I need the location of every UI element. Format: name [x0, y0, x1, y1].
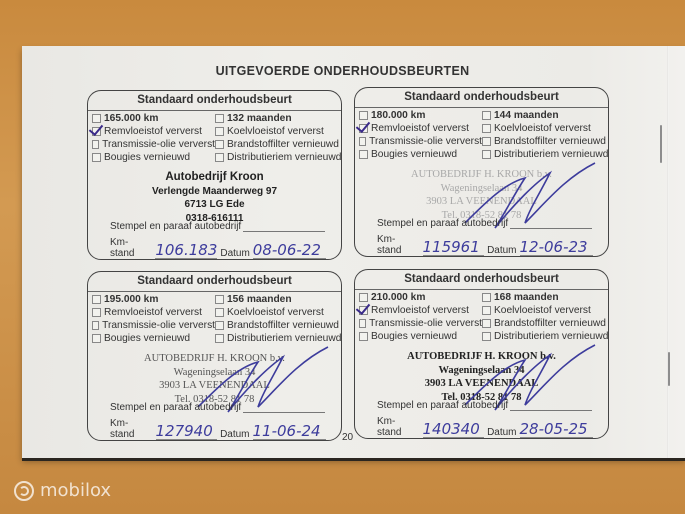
date-field[interactable]: 11-06-24: [253, 424, 326, 440]
checkbox-months[interactable]: [482, 293, 491, 302]
km-date-line: Km-stand 140340 Datum 28-05-25: [377, 416, 596, 438]
transmission-oil-item: Transmissie-olie ververst: [359, 317, 482, 330]
mobilox-logo-icon: [14, 481, 34, 501]
checkbox-coolant[interactable]: [482, 306, 491, 315]
brake-fluid-item: Remvloeistof ververst: [359, 304, 482, 317]
checklist: 165.000 km 132 maanden Remvloeistof verv…: [88, 110, 341, 164]
stamp-line: 6713 LG Ede: [88, 198, 341, 212]
date-field[interactable]: 28-05-25: [520, 422, 593, 438]
staple-top: [660, 125, 662, 163]
service-card: Standaard onderhoudsbeurt 210.000 km 168…: [354, 269, 609, 439]
checkbox-timing_belt[interactable]: [482, 150, 491, 159]
km-stand-field[interactable]: 127940: [156, 424, 218, 440]
stamp-sign-line: Stempel en paraaf autobedrijf: [110, 402, 325, 413]
staple-bottom: [668, 352, 670, 386]
card-heading: Standaard onderhoudsbeurt: [355, 88, 608, 105]
km-interval-item: 195.000 km: [92, 293, 215, 306]
km-stand-field[interactable]: 106.183: [155, 243, 217, 259]
stamp-line: AUTOBEDRIJF H. KROON b.v.: [88, 352, 341, 366]
stamp-sign-line: Stempel en paraaf autobedrijf: [377, 400, 592, 411]
months-interval-item: 168 maanden: [482, 291, 608, 304]
stamp-line: Wageningselaan 34: [88, 366, 341, 380]
page-number: 20: [342, 432, 353, 443]
months-interval-item: 144 maanden: [482, 109, 608, 122]
garage-stamp: AUTOBEDRIJF H. KROON b.v.Wageningselaan …: [355, 168, 608, 222]
fuel-filter-item: Brandstoffilter vernieuwd: [215, 319, 341, 332]
stamp-line: 3903 LA VEENENDAAL: [88, 379, 341, 393]
checkbox-coolant[interactable]: [215, 127, 224, 136]
stamp-sign-line: Stempel en paraaf autobedrijf: [377, 218, 592, 229]
signature-field[interactable]: [243, 221, 325, 232]
stamp-sign-line: Stempel en paraaf autobedrijf: [110, 221, 325, 232]
checkbox-brake_fluid[interactable]: [92, 308, 101, 317]
service-card: Standaard onderhoudsbeurt 180.000 km 144…: [354, 87, 609, 257]
stamp-line: Wageningselaan 34: [355, 182, 608, 196]
checkbox-timing_belt[interactable]: [215, 334, 224, 343]
stamp-line: AUTOBEDRIJF H. KROON b.v.: [355, 350, 608, 364]
timing-belt-item: Distributieriem vernieuwd: [215, 332, 341, 345]
checkbox-transmission_oil[interactable]: [359, 319, 366, 328]
stamp-line: Verlengde Maanderweg 97: [88, 185, 341, 199]
months-interval-item: 156 maanden: [215, 293, 341, 306]
km-date-line: Km-stand 127940 Datum 11-06-24: [110, 418, 329, 440]
garage-stamp: AUTOBEDRIJF H. KROON b.v.Wageningselaan …: [355, 350, 608, 404]
checkbox-fuel_filter[interactable]: [482, 137, 491, 146]
timing-belt-item: Distributieriem vernieuwd: [215, 151, 341, 164]
stamp-line: Autobedrijf Kroon: [88, 171, 341, 185]
checklist: 210.000 km 168 maanden Remvloeistof verv…: [355, 289, 608, 343]
coolant-item: Koelvloeistof ververst: [215, 306, 341, 319]
fuel-filter-item: Brandstoffilter vernieuwd: [482, 135, 608, 148]
garage-stamp: AUTOBEDRIJF H. KROON b.v.Wageningselaan …: [88, 352, 341, 406]
checkbox-months[interactable]: [215, 295, 224, 304]
checkbox-timing_belt[interactable]: [215, 153, 224, 162]
transmission-oil-item: Transmissie-olie ververst: [92, 319, 215, 332]
checkbox-spark_plugs[interactable]: [359, 332, 368, 341]
service-card: Standaard onderhoudsbeurt 165.000 km 132…: [87, 90, 342, 260]
spark-plugs-item: Bougies vernieuwd: [92, 151, 215, 164]
checkbox-transmission_oil[interactable]: [92, 140, 99, 149]
page-title: UITGEVOERDE ONDERHOUDSBEURTEN: [0, 64, 685, 78]
km-date-line: Km-stand 115961 Datum 12-06-23: [377, 234, 596, 256]
transmission-oil-item: Transmissie-olie ververst: [359, 135, 482, 148]
watermark-text: mobilox: [40, 480, 111, 501]
km-date-line: Km-stand 106.183 Datum 08-06-22: [110, 237, 329, 259]
coolant-item: Koelvloeistof ververst: [482, 304, 608, 317]
months-interval-item: 132 maanden: [215, 112, 341, 125]
checkbox-spark_plugs[interactable]: [92, 153, 101, 162]
coolant-item: Koelvloeistof ververst: [482, 122, 608, 135]
stamp-line: Wageningselaan 34: [355, 364, 608, 378]
stamp-line: 3903 LA VEENENDAAL: [355, 195, 608, 209]
watermark: mobilox: [14, 480, 111, 501]
coolant-item: Koelvloeistof ververst: [215, 125, 341, 138]
brake-fluid-item: Remvloeistof ververst: [359, 122, 482, 135]
checkbox-coolant[interactable]: [482, 124, 491, 133]
card-heading: Standaard onderhoudsbeurt: [88, 272, 341, 289]
checkbox-brake_fluid[interactable]: [359, 124, 368, 133]
checkbox-spark_plugs[interactable]: [359, 150, 368, 159]
date-field[interactable]: 08-06-22: [253, 243, 326, 259]
checkbox-transmission_oil[interactable]: [92, 321, 99, 330]
checkbox-fuel_filter[interactable]: [482, 319, 491, 328]
checklist: 180.000 km 144 maanden Remvloeistof verv…: [355, 107, 608, 161]
timing-belt-item: Distributieriem vernieuwd: [482, 148, 608, 161]
page-fold: [667, 46, 669, 458]
brake-fluid-item: Remvloeistof ververst: [92, 125, 215, 138]
checkbox-months[interactable]: [482, 111, 491, 120]
checkbox-months[interactable]: [215, 114, 224, 123]
brake-fluid-item: Remvloeistof ververst: [92, 306, 215, 319]
card-heading: Standaard onderhoudsbeurt: [355, 270, 608, 287]
km-stand-field[interactable]: 140340: [423, 422, 485, 438]
checkbox-spark_plugs[interactable]: [92, 334, 101, 343]
checkbox-coolant[interactable]: [215, 308, 224, 317]
garage-stamp: Autobedrijf KroonVerlengde Maanderweg 97…: [88, 171, 341, 225]
stamp-line: AUTOBEDRIJF H. KROON b.v.: [355, 168, 608, 182]
checkbox-brake_fluid[interactable]: [359, 306, 368, 315]
checkbox-km[interactable]: [92, 295, 101, 304]
spark-plugs-item: Bougies vernieuwd: [359, 148, 482, 161]
signature-field[interactable]: [243, 402, 325, 413]
timing-belt-item: Distributieriem vernieuwd: [482, 330, 608, 343]
spark-plugs-item: Bougies vernieuwd: [359, 330, 482, 343]
km-interval-item: 180.000 km: [359, 109, 482, 122]
km-interval-item: 165.000 km: [92, 112, 215, 125]
checkbox-transmission_oil[interactable]: [359, 137, 366, 146]
date-field[interactable]: 12-06-23: [520, 240, 593, 256]
service-card: Standaard onderhoudsbeurt 195.000 km 156…: [87, 271, 342, 441]
checklist: 195.000 km 156 maanden Remvloeistof verv…: [88, 291, 341, 345]
fuel-filter-item: Brandstoffilter vernieuwd: [482, 317, 608, 330]
card-heading: Standaard onderhoudsbeurt: [88, 91, 341, 108]
km-interval-item: 210.000 km: [359, 291, 482, 304]
stamp-line: 3903 LA VEENENDAAL: [355, 377, 608, 391]
signature-field[interactable]: [510, 400, 592, 411]
fuel-filter-item: Brandstoffilter vernieuwd: [215, 138, 341, 151]
km-stand-field[interactable]: 115961: [423, 240, 485, 256]
checkbox-fuel_filter[interactable]: [215, 321, 224, 330]
checkbox-fuel_filter[interactable]: [215, 140, 224, 149]
checkbox-timing_belt[interactable]: [482, 332, 491, 341]
transmission-oil-item: Transmissie-olie ververst: [92, 138, 215, 151]
spark-plugs-item: Bougies vernieuwd: [92, 332, 215, 345]
checkbox-brake_fluid[interactable]: [92, 127, 101, 136]
signature-field[interactable]: [510, 218, 592, 229]
